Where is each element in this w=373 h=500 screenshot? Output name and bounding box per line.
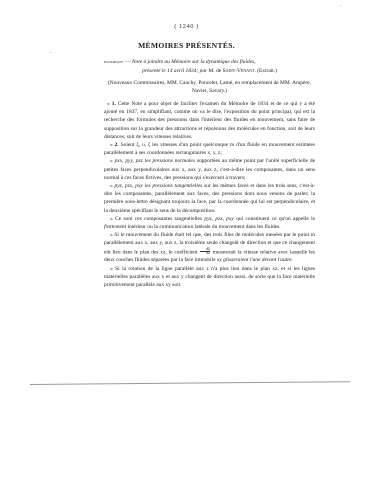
italic-term: les pressions tangentielles <box>143 183 202 189</box>
scan-speck <box>50 52 51 53</box>
paragraph-7: « Si la rotation de la ligne parallèle a… <box>104 265 315 290</box>
paragraph-2: « 2. Soient ξ, υ, ζ les vitesses d'un po… <box>104 141 315 157</box>
paragraph-text: Ce sont ces composantes tangentielles <box>115 216 204 222</box>
paragraph-4: « pyz, pzx, pxy les pressions tangentiel… <box>104 182 315 215</box>
commissioners-note: (Nouveaux Commissaires, MM. Cauchy, Ponc… <box>104 79 315 95</box>
pressure-symbols: pyz, pzx, pxy <box>115 183 143 189</box>
italic-term: frottement <box>104 224 126 230</box>
document-page: ( 1240 ) MÉMOIRES PRÉSENTÉS. dynamique. … <box>0 0 373 500</box>
scan-edge-line <box>30 381 350 385</box>
page-number: ( 1240 ) <box>0 23 373 30</box>
paragraph-5: « Ce sont ces composantes tangentielles … <box>104 215 315 231</box>
paragraph-3: « pxx, pyy, pzz les pressions normales s… <box>104 157 315 182</box>
paragraph-text: Si la rotation de la ligne parallèle aux… <box>104 266 315 288</box>
heading-title-line1: Note à joindre au Mémoire sur la dynamiq… <box>132 59 256 65</box>
author-prefix: M. de <box>207 68 222 74</box>
scan-speck <box>340 5 341 6</box>
derivative-fraction: dξdz <box>200 248 210 257</box>
fraction-denominator: dz <box>200 252 210 256</box>
italic-term: les pressions normales <box>143 158 195 164</box>
pressure-symbols: pyz, pzx, pxy <box>204 216 233 222</box>
heading-dash: — <box>124 59 132 65</box>
article-heading: dynamique. — Note à joindre au Mémoire s… <box>104 58 315 75</box>
pressure-symbols: pxx, pyy, pzz <box>115 158 143 164</box>
section-title: MÉMOIRES PRÉSENTÉS. <box>0 41 373 50</box>
paragraph-1: « 1. Cette Note a pour objet de facilite… <box>104 100 315 141</box>
paragraph-text: Soient ξ, υ, ζ les vitesses d'un point q… <box>104 142 315 156</box>
heading-title-line2: présenté le 14 avril 1834; par <box>142 68 207 74</box>
paragraph-text: intérieur ou la communication latérale d… <box>126 224 280 230</box>
italic-term: xy glisseraient l'une devant l'autre. <box>217 257 293 263</box>
heading-suffix: . (Extrait.) <box>254 68 277 74</box>
paragraph-text: qui constituent ce qu'on appelle le <box>234 216 315 222</box>
paragraph-6: « Si le mouvement du fluide était tel qu… <box>104 231 315 264</box>
heading-prefix: dynamique. <box>104 60 124 65</box>
paragraph-text: Cette Note a pour objet de faciliter l'e… <box>104 101 315 140</box>
article-body: « 1. Cette Note a pour objet de facilite… <box>104 100 315 289</box>
author-name: Saint-Venant <box>223 68 255 74</box>
